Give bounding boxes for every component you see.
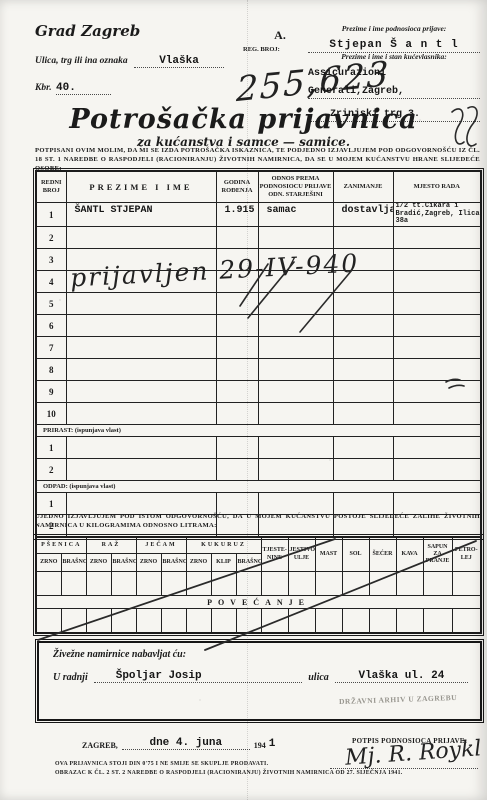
cell-empty [36, 572, 61, 596]
street-value: Vlaška [159, 55, 199, 67]
cell-empty [369, 572, 396, 596]
cell-empty [211, 609, 236, 634]
cell-workplace [393, 293, 481, 315]
year-printed: 194 [254, 741, 266, 750]
supplies-sub-header: KLIP [211, 554, 236, 572]
cell-num: 1 [36, 203, 66, 227]
form-title-main: Potrošačka prijavnica [0, 104, 487, 135]
people-table-header-row: REDNI BROJPREZIME I IMEGODINA ROĐENJAODN… [36, 171, 481, 203]
street-label: Ulica, trg ili ina oznaka [35, 56, 128, 66]
house-number-value: 40. [56, 82, 76, 94]
cell-occupation [333, 337, 393, 359]
supplies-sub-header: ZRNO [86, 554, 111, 572]
cell-num: 9 [36, 381, 66, 403]
cell-empty [396, 572, 423, 596]
cell-empty [342, 572, 369, 596]
supplies-column-header: KUKURUZ [186, 537, 261, 554]
supplies-sub-header: BRAŠNO [161, 554, 186, 572]
cell-empty [333, 437, 393, 459]
cell-year [216, 403, 258, 425]
cell-name: ŠANTL STJEPAN [66, 203, 216, 227]
cell-num: 2 [36, 459, 66, 481]
table-row: 8 [36, 359, 481, 381]
cell-empty [211, 572, 236, 596]
cell-relation [258, 315, 333, 337]
cell-relation [258, 403, 333, 425]
cell-empty [393, 459, 481, 481]
city-title-text: Grad Zagreb [35, 22, 140, 40]
people-table-wrap: REDNI BROJPREZIME I IMEGODINA ROĐENJAODN… [35, 170, 482, 538]
cell-empty [315, 609, 342, 634]
cell-year [216, 293, 258, 315]
supplies-column-header: PŠENICA [36, 537, 86, 554]
cell-empty [288, 572, 315, 596]
cell-empty [66, 437, 216, 459]
cell-empty [396, 609, 423, 634]
cell-occupation [333, 403, 393, 425]
cell-relation [258, 293, 333, 315]
cell-workplace [393, 337, 481, 359]
date-city-label: ZAGREB, [82, 741, 118, 750]
cell-year [216, 381, 258, 403]
column-header: GODINA ROĐENJA [216, 171, 258, 203]
cell-occupation [333, 315, 393, 337]
cell-name [66, 359, 216, 381]
applicant-field: Prezime i ime podnosioca prijave: Stjepa… [308, 24, 480, 53]
supplies-entry-row [36, 609, 481, 634]
supplies-column-header: MAST [315, 537, 342, 572]
supplies-column-header: JEČAM [136, 537, 186, 554]
cell-empty [342, 609, 369, 634]
column-header: PREZIME I IME [66, 171, 216, 203]
cell-num: 8 [36, 359, 66, 381]
cell-empty [186, 572, 211, 596]
cell-empty [161, 572, 186, 596]
cell-num: 3 [36, 249, 66, 271]
cell-name [66, 315, 216, 337]
cell-workplace [393, 381, 481, 403]
table-row: 7 [36, 337, 481, 359]
supplies-column-header: ŠEĆER [369, 537, 396, 572]
cell-num: 6 [36, 315, 66, 337]
supplies-column-header: SOL [342, 537, 369, 572]
cell-name [66, 293, 216, 315]
cell-occupation [333, 293, 393, 315]
supplies-column-header: RAŽ [86, 537, 136, 554]
city-title: Grad Zagreb [35, 22, 140, 41]
cell-empty [452, 609, 481, 634]
supplies-sub-header: ZRNO [186, 554, 211, 572]
cell-empty [61, 572, 86, 596]
supplies-entry-row [36, 572, 481, 596]
applicant-value: Stjepan Š a n t l [329, 39, 458, 51]
cell-relation [258, 381, 333, 403]
povecanje-label: POVEĆANJE [36, 596, 481, 609]
odpad-band: ODPAD: (ispunjava vlast) [36, 481, 481, 493]
shop-value: Špoljar Josip [116, 670, 202, 682]
shop-street-value: Vlaška ul. 24 [358, 670, 444, 682]
cell-empty [333, 459, 393, 481]
cell-name [66, 381, 216, 403]
purchase-box-title: Živežne namirnice nabavljat ću: [53, 649, 480, 660]
supplies-column-header: SAPUN ZA PRANJE [423, 537, 452, 572]
cell-num: 4 [36, 271, 66, 293]
section-letter: A. [255, 28, 305, 43]
cell-name [66, 403, 216, 425]
cell-num: 2 [36, 227, 66, 249]
shop-street-label: ulica [308, 672, 329, 683]
cell-workplace [393, 271, 481, 293]
scanned-form-page: { "header": { "city": "Grad Zagreb", "st… [0, 0, 487, 800]
supplies-table: PŠENICARAŽJEČAMKUKURUZTJESTE-NINEJESTIVO… [35, 536, 482, 634]
supplies-column-header: TJESTE-NINE [261, 537, 288, 572]
cell-workplace [393, 249, 481, 271]
supplies-sub-header: BRAŠNO [236, 554, 261, 572]
supplies-sub-header: BRAŠNO [61, 554, 86, 572]
table-row: 1ŠANTL STJEPAN1.915samacdostavljač1/2 tt… [36, 203, 481, 227]
cell-relation: samac [258, 203, 333, 227]
cell-empty [236, 572, 261, 596]
cell-empty [36, 609, 61, 634]
archive-stamp: DRŽAVNI ARHIV U ZAGREBU [339, 693, 457, 706]
column-header: REDNI BROJ [36, 171, 66, 203]
cell-empty [61, 609, 86, 634]
cell-empty [66, 459, 216, 481]
cell-empty [216, 459, 258, 481]
cell-empty [111, 609, 136, 634]
cell-name [66, 227, 216, 249]
cell-occupation [333, 227, 393, 249]
purchase-box: Živežne namirnice nabavljat ću: U radnji… [37, 641, 482, 721]
cell-empty [236, 609, 261, 634]
cell-empty [216, 437, 258, 459]
supplies-sub-header: ZRNO [36, 554, 61, 572]
cell-empty [111, 572, 136, 596]
cell-num: 1 [36, 437, 66, 459]
cell-occupation [333, 381, 393, 403]
prirast-band-label: PRIRAST: (ispunjava vlast) [37, 425, 480, 436]
cell-relation [258, 359, 333, 381]
cell-empty [261, 609, 288, 634]
supplies-group-header-row: PŠENICARAŽJEČAMKUKURUZTJESTE-NINEJESTIVO… [36, 537, 481, 554]
applicant-label: Prezime i ime podnosioca prijave: [308, 24, 480, 33]
prirast-band: PRIRAST: (ispunjava vlast) [36, 425, 481, 437]
form-title: Potrošačka prijavnica za kućanstva i sam… [0, 104, 487, 149]
landlord-label: Prezime i ime i stan kućevlasnika: [308, 52, 480, 61]
cell-year [216, 337, 258, 359]
cell-workplace [393, 315, 481, 337]
table-row: 10 [36, 403, 481, 425]
cell-empty [258, 437, 333, 459]
date-line: ZAGREB, dne 4. juna 194 1 [82, 737, 275, 750]
column-header: MJESTO RADA [393, 171, 481, 203]
people-table: REDNI BROJPREZIME I IMEGODINA ROĐENJAODN… [35, 170, 482, 538]
cell-workplace [393, 403, 481, 425]
supplies-sub-header: ZRNO [136, 554, 161, 572]
cell-empty [161, 609, 186, 634]
cell-relation [258, 337, 333, 359]
supplies-column-header: KAVA [396, 537, 423, 572]
house-number-field: Kbr. 40. [35, 82, 111, 95]
cell-year [216, 227, 258, 249]
cell-empty [423, 572, 452, 596]
supplies-sub-header: BRAŠNO [111, 554, 136, 572]
odpad-band-label: ODPAD: (ispunjava vlast) [37, 481, 480, 492]
cell-num: 10 [36, 403, 66, 425]
date-value: dne 4. juna [149, 737, 222, 749]
cell-empty [136, 609, 161, 634]
footnote-price: OVA PRIJAVNICA STOJI DIN 0'75 I NE SMIJE… [55, 761, 268, 767]
declaration-paragraph: UJEDNO IZJAVLJUJEM POD ISTOM ODGOVORNOŠĆ… [35, 512, 480, 530]
purchase-line: U radnji Špoljar Josip ulica Vlaška ul. … [53, 670, 470, 683]
shop-label: U radnji [53, 672, 88, 683]
cell-workplace: 1/2 tt.Čikara i Bradić,Zagreb, Ilica 38a [393, 203, 481, 227]
table-row: 2 [36, 227, 481, 249]
table-row: 9 [36, 381, 481, 403]
cell-name [66, 337, 216, 359]
street-field: Ulica, trg ili ina oznaka Vlaška [35, 55, 224, 68]
cell-empty [369, 609, 396, 634]
cell-empty [452, 572, 481, 596]
footnote-regulation: OBRAZAC K ČL. 2 ST. 2 NAREDBE O RASPODJE… [55, 770, 403, 776]
cell-empty [136, 572, 161, 596]
cell-empty [186, 609, 211, 634]
signature-line [330, 768, 478, 769]
cell-occupation: dostavljač [333, 203, 393, 227]
cell-workplace [393, 227, 481, 249]
house-number-label: Kbr. [35, 83, 52, 93]
cell-empty [261, 572, 288, 596]
cell-num: 7 [36, 337, 66, 359]
prirast-row: 1 [36, 437, 481, 459]
cell-empty [423, 609, 452, 634]
cell-empty [86, 609, 111, 634]
cell-empty [258, 459, 333, 481]
cell-year [216, 359, 258, 381]
table-row: 5 [36, 293, 481, 315]
year-value-typed: 1 [269, 738, 276, 750]
cell-empty [86, 572, 111, 596]
cell-empty [393, 437, 481, 459]
column-header: ODNOS PREMA PODNOSIOCU PRIJAVE ODN. STAR… [258, 171, 333, 203]
cell-year [216, 315, 258, 337]
cell-occupation [333, 359, 393, 381]
povecanje-band: POVEĆANJE [36, 596, 481, 609]
table-row: 6 [36, 315, 481, 337]
landlord-value-line1: Assicurazioni Generali,Zagreb, [308, 68, 404, 97]
cell-year: 1.915 [216, 203, 258, 227]
column-header: ZANIMANJE [333, 171, 393, 203]
cell-empty [288, 609, 315, 634]
cell-relation [258, 227, 333, 249]
supplies-column-header: JESTIVO ULJE [288, 537, 315, 572]
cell-num: 5 [36, 293, 66, 315]
cell-workplace [393, 359, 481, 381]
cell-empty [315, 572, 342, 596]
supplies-column-header: PETRO-LEJ [452, 537, 481, 572]
reg-number-label: REG. BROJ: [243, 46, 313, 53]
supplies-table-wrap: PŠENICARAŽJEČAMKUKURUZTJESTE-NINEJESTIVO… [35, 536, 482, 634]
prirast-row: 2 [36, 459, 481, 481]
